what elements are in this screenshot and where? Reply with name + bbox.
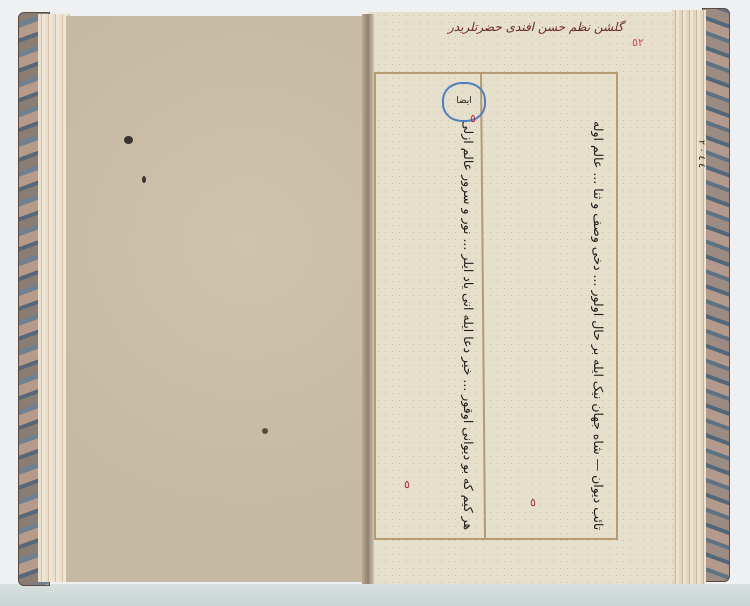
ink-stain	[124, 136, 133, 144]
text-column-left: هر کیم که بو دیوانی اوقور ... خیر دعا ای…	[380, 84, 478, 530]
marbled-cover-right	[702, 8, 730, 582]
ink-stain	[142, 176, 146, 183]
page-edges-right	[672, 10, 706, 584]
red-mark: ٥	[404, 478, 410, 491]
fore-edge-marks: ٤ ٤ ٠ ٢	[696, 140, 706, 168]
blank-left-page	[66, 16, 368, 582]
red-mark: ٥	[470, 112, 476, 125]
book-gutter	[362, 14, 374, 584]
folio-number: ٥٢	[632, 36, 644, 49]
glass-shelf	[0, 584, 750, 606]
header-annotation: گلشن نظم حسن افندی حضرتلریدر	[448, 20, 623, 34]
text-column-right: تائب دیوان — شاه جهان نیک ایله بر حال او…	[488, 84, 608, 530]
blue-cartouche: ایضا	[442, 82, 486, 122]
red-mark: ٥	[530, 496, 536, 509]
ink-stain	[262, 428, 268, 434]
